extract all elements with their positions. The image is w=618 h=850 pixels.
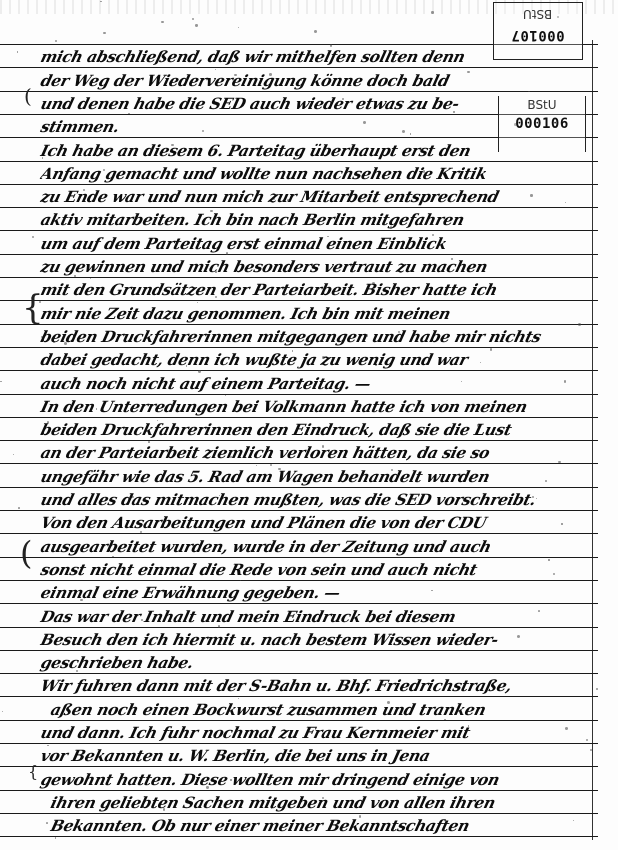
margin-bracket: { — [22, 288, 44, 328]
text-line: und alles das mitmachen mußten, was die … — [38, 488, 604, 512]
text-line: vor Bekannten u. W. Berlin, die bei uns … — [38, 744, 604, 768]
text-line: zu gewinnen und mich besonders vertraut … — [38, 255, 604, 279]
text-line: mir nie Zeit dazu genommen. Ich bin mit … — [38, 302, 604, 326]
text-line: sonst nicht einmal die Rede von sein und… — [38, 558, 604, 582]
text-line: auch noch nicht auf einem Parteitag. — — [38, 372, 604, 396]
text-line: Ich habe an diesem 6. Parteitag überhaup… — [38, 139, 604, 163]
text-line: aktiv mitarbeiten. Ich bin nach Berlin m… — [38, 208, 604, 232]
text-line: aßen noch einen Bockwurst zusammen und t… — [48, 698, 614, 722]
text-line: der Weg der Wiedervereinigung könne doch… — [38, 69, 604, 93]
text-line: einmal eine Erwähnung gegeben. — — [38, 581, 604, 605]
text-line: und denen habe die SED auch wieder etwas… — [38, 92, 604, 116]
stamp-number: 000107 — [511, 27, 565, 43]
text-line: ausgearbeitet wurden, wurde in der Zeitu… — [38, 535, 604, 559]
text-line: ungefähr wie das 5. Rad am Wagen behande… — [38, 465, 604, 489]
text-line: stimmen. — [38, 115, 604, 139]
text-line: In den Unterredungen bei Volkmann hatte … — [38, 395, 604, 419]
text-line: geschrieben habe. — [38, 651, 604, 675]
text-line: Wir fuhren dann mit der S-Bahn u. Bhf. F… — [38, 674, 604, 698]
text-line: dabei gedacht, denn ich wußte ja zu weni… — [38, 348, 604, 372]
stamp-label: BStU — [523, 7, 552, 21]
text-line: ihren geliebten Sachen mitgeben und von … — [48, 791, 614, 815]
text-line: an der Parteiarbeit ziemlich verloren hä… — [38, 441, 604, 465]
text-line: Anfang gemacht und wollte nun nachsehen … — [38, 162, 604, 186]
text-line: Das war der Inhalt und mein Eindruck bei… — [38, 605, 604, 629]
text-line: zu Ende war und nun mich zur Mitarbeit e… — [38, 185, 604, 209]
document-page: BStU 000107 BStU 000106 mich abschließen… — [0, 0, 618, 850]
text-line: und dann. Ich fuhr nochmal zu Frau Kernm… — [38, 721, 604, 745]
text-line: mit den Grundsätzen der Parteiarbeit. Bi… — [38, 278, 604, 302]
text-line: um auf dem Parteitag erst einmal einen E… — [38, 232, 604, 256]
text-line: Bekannten. Ob nur einer meiner Bekanntsc… — [48, 814, 614, 838]
text-line: gewohnt hatten. Diese wollten mir dringe… — [38, 768, 604, 792]
margin-bracket: { — [28, 762, 38, 781]
margin-bracket: ( — [24, 84, 32, 108]
margin-bracket: ( — [20, 534, 32, 572]
text-line: Von den Ausarbeitungen und Plänen die vo… — [38, 511, 604, 535]
text-line: Besuch den ich hiermit u. nach bestem Wi… — [38, 628, 604, 652]
text-line: beiden Druckfahrerinnen den Eindruck, da… — [38, 418, 604, 442]
text-line: mich abschließend, daß wir mithelfen sol… — [38, 45, 604, 69]
text-line: beiden Druckfahrerinnen mitgegangen und … — [38, 325, 604, 349]
